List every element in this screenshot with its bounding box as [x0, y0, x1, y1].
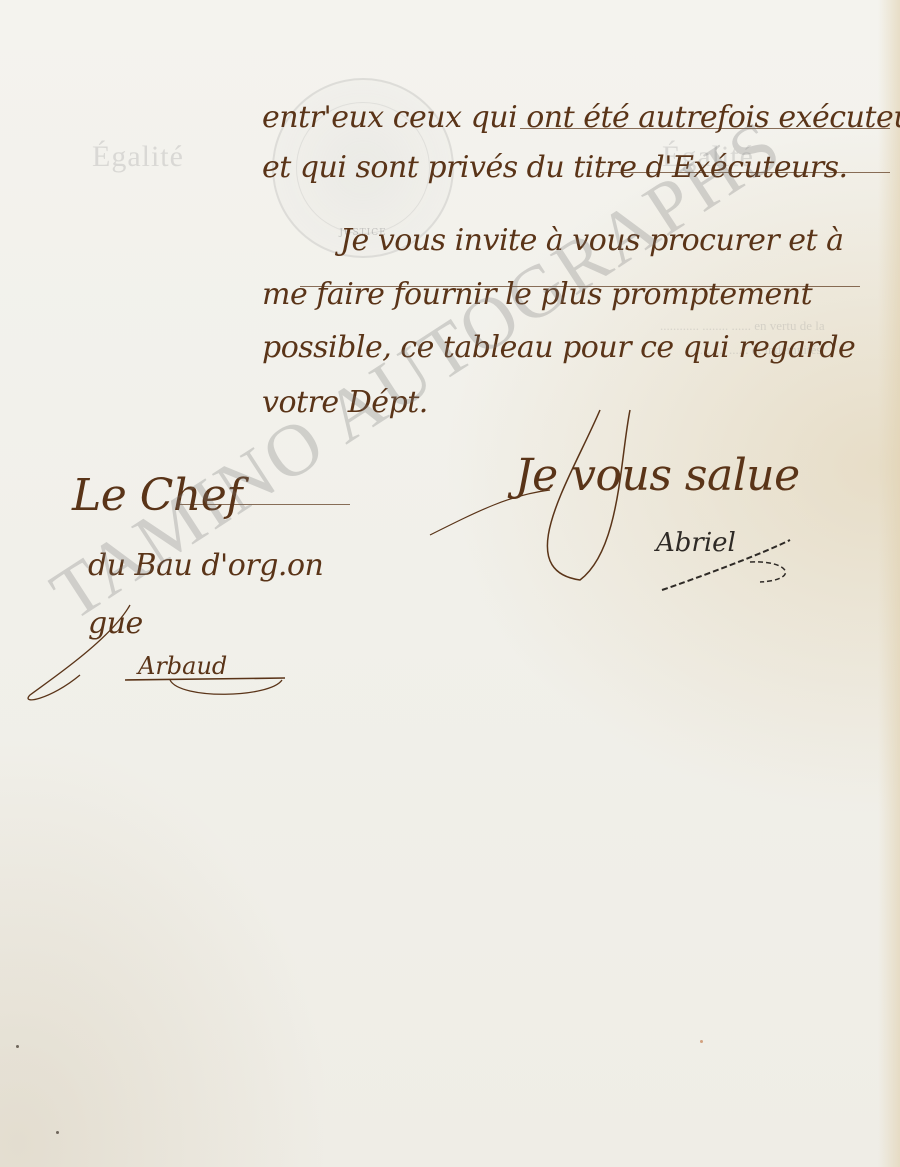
- line-stroke: [520, 128, 890, 129]
- document-page: Égalité Égalité ............ ........ ..…: [0, 0, 900, 1167]
- paper-edge-stain: [878, 0, 900, 1167]
- ghost-header-left: Égalité: [92, 140, 184, 174]
- body-line-5: possible, ce tableau pour ce qui regarde: [262, 330, 855, 365]
- salutation-flourish: [420, 400, 720, 600]
- body-line-1: entr'eux ceux qui ont été autrefois exéc…: [262, 100, 900, 135]
